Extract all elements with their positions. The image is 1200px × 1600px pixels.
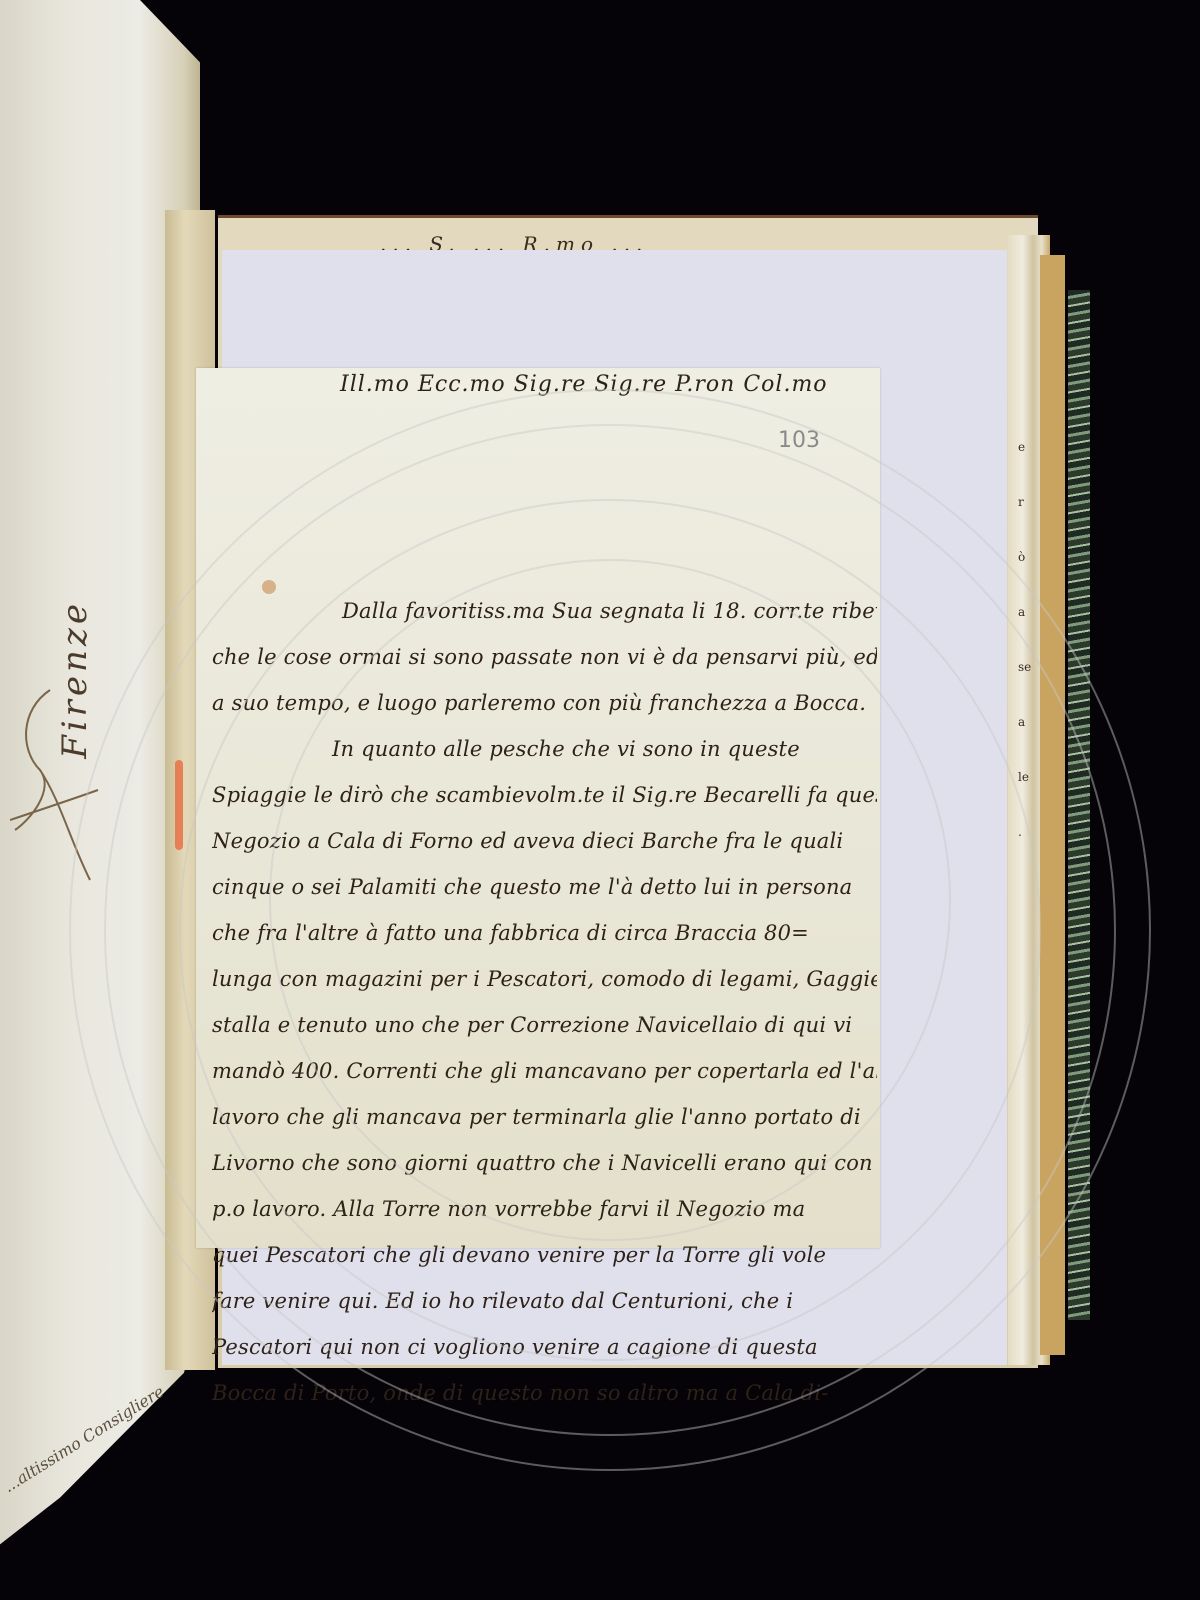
- letter-line: che fra l'altre à fatto una fabbrica di …: [212, 910, 877, 956]
- letter-line: che le cose ormai si sono passate non vi…: [212, 634, 877, 680]
- letter-body: Dalla favoritiss.ma Sua segnata li 18. c…: [212, 588, 877, 1416]
- red-wax-mark: [175, 760, 183, 850]
- letter-line: Negozio a Cala di Forno ed aveva dieci B…: [212, 818, 877, 864]
- letter-line: mandò 400. Correnti che gli mancavano pe…: [212, 1048, 877, 1094]
- letter-line: cinque o sei Palamiti che questo me l'à …: [212, 864, 877, 910]
- page-stack-outer-edge: [1040, 255, 1065, 1355]
- letter-line: lavoro che gli mancava per terminarla gl…: [212, 1094, 877, 1140]
- letter-line: fare venire qui. Ed io ho rilevato dal C…: [212, 1278, 877, 1324]
- letter-salutation: Ill.mo Ecc.mo Sig.re Sig.re P.ron Col.mo: [340, 372, 828, 397]
- letter-line: a suo tempo, e luogo parleremo con più f…: [212, 680, 877, 726]
- letter-line: quei Pescatori che gli devano venire per…: [212, 1232, 877, 1278]
- letter-line: Livorno che sono giorni quattro che i Na…: [212, 1140, 877, 1186]
- marbled-cover-edge: [1068, 290, 1090, 1320]
- letter-line: Spiaggie le dirò che scambievolm.te il S…: [212, 772, 877, 818]
- letter-line: Dalla favoritiss.ma Sua segnata li 18. c…: [212, 588, 877, 634]
- letter-line: lunga con magazini per i Pescatori, como…: [212, 956, 877, 1002]
- letter-line: In quanto alle pesche che vi sono in que…: [212, 726, 877, 772]
- letter-line: stalla e tenuto uno che per Correzione N…: [212, 1002, 877, 1048]
- letter-line: Pescatori qui non ci vogliono venire a c…: [212, 1324, 877, 1370]
- letter-line: Bocca di Porto, onde di questo non so al…: [212, 1370, 877, 1416]
- folio-number: 103: [778, 428, 820, 453]
- letter-line: p.o lavoro. Alla Torre non vorrebbe farv…: [212, 1186, 877, 1232]
- ink-flourish-icon: [10, 680, 100, 890]
- page-stack-marks: e r ò a se a le .: [1018, 420, 1031, 860]
